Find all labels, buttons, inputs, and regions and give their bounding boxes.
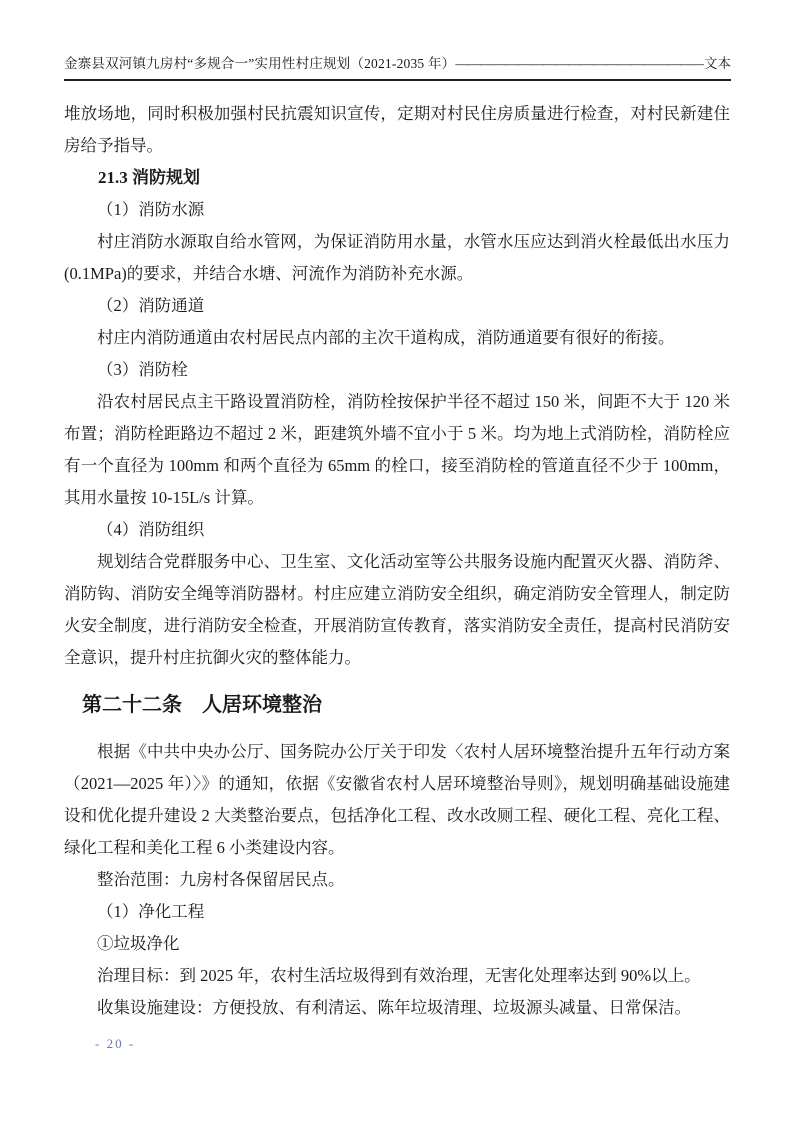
continuation-paragraph: 堆放场地，同时积极加强村民抗震知识宣传，定期对村民住房质量进行检查，对村民新建住… (64, 98, 730, 162)
header-dash-leader: ———————————————————— (455, 56, 704, 72)
item-2-fire-lane-title: （2）消防通道 (64, 290, 730, 322)
header-title: 金寨县双河镇九房村“多规合一”实用性村庄规划（2021-2035 年） (64, 52, 455, 72)
heading-article-22: 第二十二条 人居环境整治 (64, 686, 730, 724)
fire-lane-paragraph: 村庄内消防通道由农村居民点内部的主次干道构成，消防通道要有很好的衔接。 (64, 322, 730, 354)
page-footer: - 20 - (95, 1036, 135, 1052)
item-1-purify-title: （1）净化工程 (64, 896, 730, 928)
collection-paragraph: 收集设施建设：方便投放、有利清运、陈年垃圾清理、垃圾源头减量、日常保洁。 (64, 992, 730, 1024)
scope-paragraph: 整治范围：九房村各保留居民点。 (64, 864, 730, 896)
hydrant-paragraph: 沿农村居民点主干路设置消防栓，消防栓按保护半径不超过 150 米，间距不大于 1… (64, 386, 730, 514)
sub-1-garbage-title: ①垃圾净化 (64, 928, 730, 960)
fire-org-paragraph: 规划结合党群服务中心、卫生室、文化活动室等公共服务设施内配置灭火器、消防斧、消防… (64, 546, 730, 674)
garbage-goal-paragraph: 治理目标：到 2025 年，农村生活垃圾得到有效治理，无害化处理率达到 90%以… (64, 960, 730, 992)
document-page: 金寨县双河镇九房村“多规合一”实用性村庄规划（2021-2035 年） ————… (0, 0, 793, 1122)
heading-21-3-fire-planning: 21.3 消防规划 (64, 162, 730, 194)
document-body: 堆放场地，同时积极加强村民抗震知识宣传，定期对村民住房质量进行检查，对村民新建住… (64, 98, 730, 1024)
item-1-fire-water-title: （1）消防水源 (64, 194, 730, 226)
item-3-hydrant-title: （3）消防栓 (64, 354, 730, 386)
fire-water-paragraph: 村庄消防水源取自给水管网，为保证消防用水量，水管水压应达到消火栓最低出水压力(0… (64, 226, 730, 290)
item-4-fire-org-title: （4）消防组织 (64, 514, 730, 546)
page-number: - 20 - (95, 1036, 135, 1051)
header-doc-type: 文本 (704, 52, 731, 72)
article-22-intro-paragraph: 根据《中共中央办公厅、国务院办公厅关于印发〈农村人居环境整治提升五年行动方案（2… (64, 736, 730, 864)
page-header: 金寨县双河镇九房村“多规合一”实用性村庄规划（2021-2035 年） ————… (64, 52, 731, 81)
